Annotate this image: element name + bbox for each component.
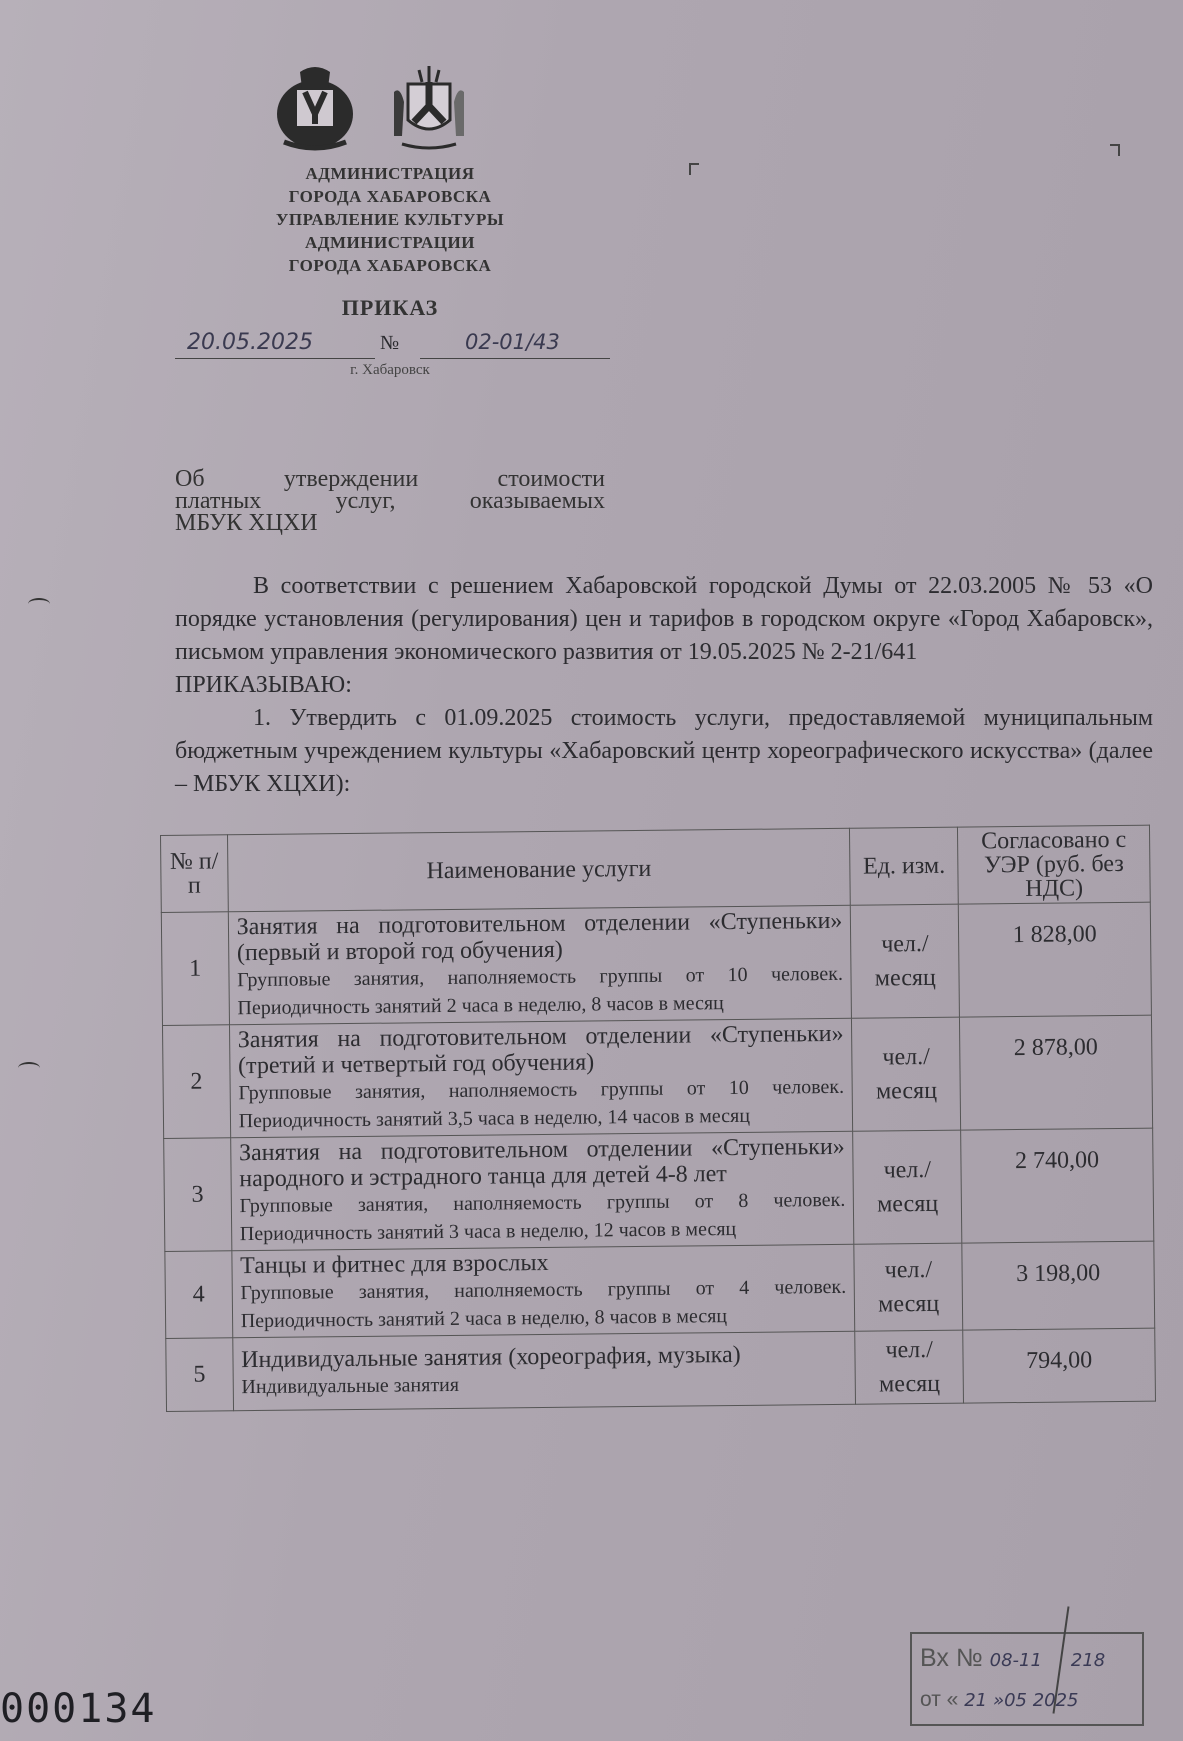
unit: чел./ месяц xyxy=(855,1330,963,1404)
service-cell: Занятия на подготовительном отделении «С… xyxy=(228,905,852,1025)
price: 1 828,00 xyxy=(958,902,1151,1017)
city-coat-of-arms-icon xyxy=(272,62,358,154)
header-price: Согласовано с УЭР (руб. без НДС) xyxy=(958,825,1151,904)
date-underline xyxy=(175,358,375,359)
hole-punch-mark xyxy=(28,598,50,610)
price: 2 878,00 xyxy=(960,1015,1153,1130)
subject-word: стоимости xyxy=(498,468,605,490)
table-header-row: № п/п Наименование услуги Ед. изм. Согла… xyxy=(161,825,1151,912)
service-title: Занятия на подготовительном отделении «С… xyxy=(237,908,843,966)
table-row: 2Занятия на подготовительном отделении «… xyxy=(162,1015,1152,1138)
number-sign: № xyxy=(380,332,399,355)
row-number: 3 xyxy=(164,1138,232,1252)
unit: чел./ месяц xyxy=(854,1243,963,1331)
row-number: 4 xyxy=(165,1251,233,1339)
order-subject: Об утверждении стоимости платных услуг, … xyxy=(175,468,605,534)
order-number: 02-01/43 xyxy=(465,330,560,354)
row-number: 5 xyxy=(166,1338,233,1412)
stamp-number-suffix: 218 xyxy=(1071,1650,1105,1671)
stamp-number-line: Вх № 08-11 218 xyxy=(920,1644,1105,1673)
document-type: ПРИКАЗ xyxy=(230,295,550,321)
serial-number: 000134 xyxy=(0,1686,157,1732)
service-cell: Индивидуальные занятия (хореография, муз… xyxy=(232,1331,855,1411)
unit: чел./ месяц xyxy=(853,1130,962,1244)
service-cell: Занятия на подготовительном отделении «С… xyxy=(230,1131,854,1251)
number-underline xyxy=(420,358,610,359)
stamp-day: 21 xyxy=(964,1690,987,1711)
service-cell: Занятия на подготовительном отделении «С… xyxy=(229,1018,853,1138)
price: 3 198,00 xyxy=(962,1241,1155,1330)
address-corner-mark xyxy=(689,163,699,175)
price: 2 740,00 xyxy=(961,1128,1154,1243)
table-row: 3Занятия на подготовительном отделении «… xyxy=(164,1128,1154,1251)
subject-word: услуг, xyxy=(336,490,396,512)
header-num: № п/п xyxy=(161,835,228,913)
service-description: Групповые занятия, наполняемость группы … xyxy=(240,1273,846,1335)
service-title: Занятия на подготовительном отделении «С… xyxy=(239,1134,845,1192)
row-number: 2 xyxy=(162,1025,230,1139)
table-row: 1Занятия на подготовительном отделении «… xyxy=(161,902,1151,1025)
service-cell: Танцы и фитнес для взрослыхГрупповые зан… xyxy=(232,1244,856,1338)
subject-word: оказываемых xyxy=(470,490,605,512)
city: г. Хабаровск xyxy=(230,362,550,379)
order-date: 20.05.2025 xyxy=(187,330,313,355)
emblems xyxy=(272,62,472,154)
stamp-label: от « xyxy=(920,1688,958,1711)
org-line: АДМИНИСТРАЦИЯ xyxy=(230,162,550,185)
address-corner-mark xyxy=(1110,144,1120,156)
org-line: АДМИНИСТРАЦИИ xyxy=(230,231,550,254)
subject-word: утверждении xyxy=(284,468,418,490)
stamp-month-year: »05 2025 xyxy=(993,1690,1079,1711)
issuing-authority: АДМИНИСТРАЦИЯ ГОРОДА ХАБАРОВСКА УПРАВЛЕН… xyxy=(230,162,550,277)
service-description: Групповые занятия, наполняемость группы … xyxy=(238,1073,844,1135)
table-row: 4Танцы и фитнес для взрослыхГрупповые за… xyxy=(165,1241,1155,1338)
service-description: Индивидуальные занятия xyxy=(241,1367,847,1401)
price: 794,00 xyxy=(963,1328,1156,1403)
incoming-registration-stamp: Вх № 08-11 218 от « 21 »05 2025 xyxy=(910,1632,1144,1726)
order-item-1: 1. Утвердить с 01.09.2025 стоимость услу… xyxy=(175,702,1153,801)
org-line: ГОРОДА ХАБАРОВСКА xyxy=(230,254,550,277)
order-word: ПРИКАЗЫВАЮ: xyxy=(175,669,1153,702)
subject-line: МБУК ХЦХИ xyxy=(175,512,605,534)
header-name: Наименование услуги xyxy=(227,828,851,912)
stamp-label: Вх № xyxy=(920,1644,983,1672)
services-price-table: № п/п Наименование услуги Ед. изм. Согла… xyxy=(160,825,1156,1412)
subject-word: Об xyxy=(175,468,205,490)
subject-word: платных xyxy=(175,490,261,512)
unit: чел./ месяц xyxy=(852,1017,961,1131)
krai-coat-of-arms-icon xyxy=(386,62,472,154)
hole-punch-mark xyxy=(18,1062,40,1074)
table-row: 5Индивидуальные занятия (хореография, му… xyxy=(166,1328,1156,1411)
service-description: Групповые занятия, наполняемость группы … xyxy=(239,1186,845,1248)
preamble: В соответствии с решением Хабаровской го… xyxy=(175,570,1153,669)
date-number-line: 20.05.2025 № 02-01/43 xyxy=(175,330,610,360)
service-description: Групповые занятия, наполняемость группы … xyxy=(237,960,843,1022)
order-body: В соответствии с решением Хабаровской го… xyxy=(175,570,1153,801)
row-number: 1 xyxy=(161,912,229,1026)
org-line: УПРАВЛЕНИЕ КУЛЬТУРЫ xyxy=(230,208,550,231)
stamp-number: 08-11 xyxy=(990,1650,1042,1671)
org-line: ГОРОДА ХАБАРОВСКА xyxy=(230,185,550,208)
service-title: Занятия на подготовительном отделении «С… xyxy=(238,1021,844,1079)
unit: чел./ месяц xyxy=(851,904,960,1018)
stamp-date-line: от « 21 »05 2025 xyxy=(920,1688,1079,1712)
header-unit: Ед. изм. xyxy=(850,827,959,905)
